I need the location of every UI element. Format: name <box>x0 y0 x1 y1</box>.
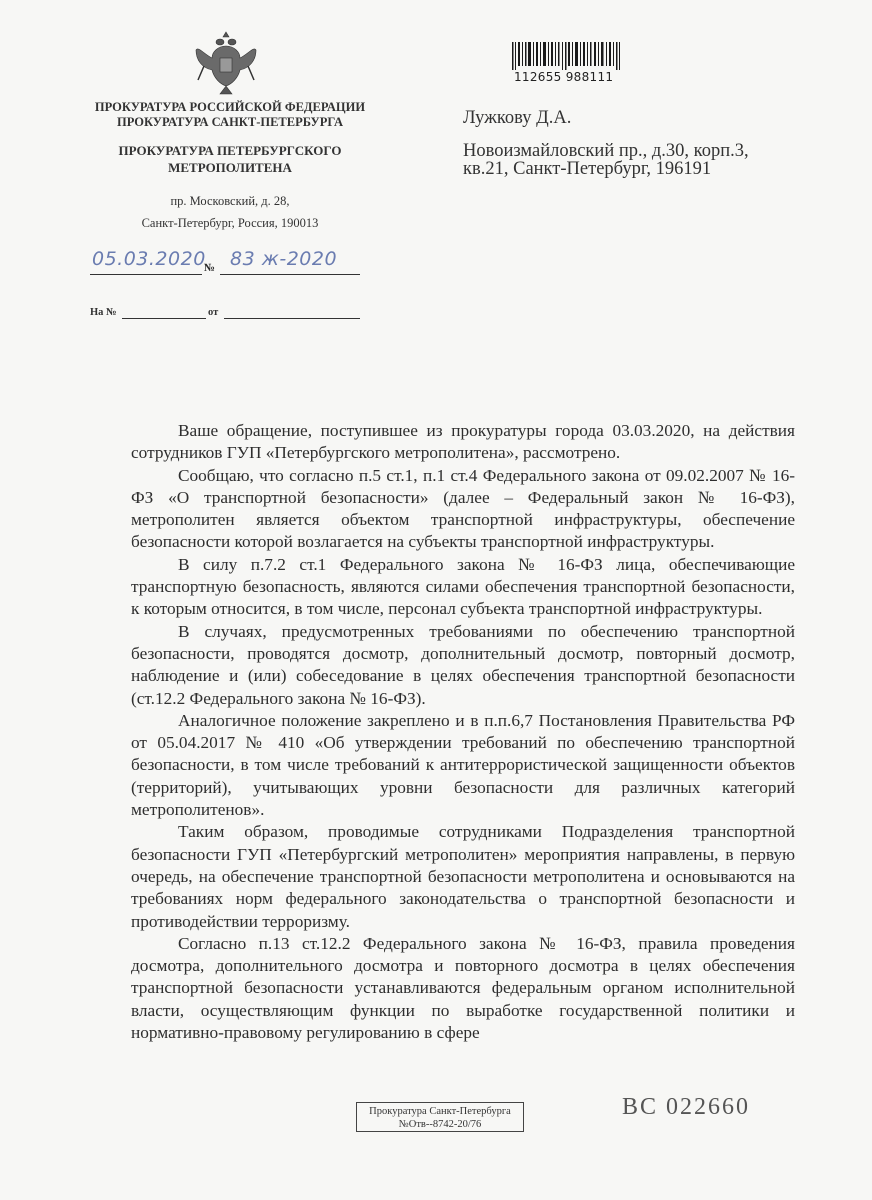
form-serial-number: ВС 022660 <box>622 1094 750 1121</box>
paragraph: В случаях, предусмотренных требованиями … <box>131 621 795 710</box>
coat-of-arms-icon <box>190 28 262 98</box>
org-name-line-3a: ПРОКУРАТУРА ПЕТЕРБУРГСКОГО <box>80 142 380 159</box>
stamp-line-1: Прокуратура Санкт-Петербурга <box>357 1105 523 1118</box>
org-name-line-3b: МЕТРОПОЛИТЕНА <box>80 159 380 176</box>
paragraph: Сообщаю, что согласно п.5 ст.1, п.1 ст.4… <box>131 465 795 554</box>
ref-number-label: На № <box>90 307 117 318</box>
number-label: № <box>204 262 215 274</box>
org-name-line-2: ПРОКУРАТУРА САНКТ-ПЕТЕРБУРГА <box>80 115 380 130</box>
recipient-name: Лужкову Д.А. <box>463 108 571 128</box>
barcode-icon <box>512 42 622 68</box>
number-underline <box>220 274 360 275</box>
handwritten-number: 83 ж-2020 <box>230 248 337 270</box>
handwritten-date: 05.03.2020 <box>92 248 206 270</box>
ref-number-underline <box>122 318 206 319</box>
paragraph: Таким образом, проводимые сотрудниками П… <box>131 821 795 932</box>
stamp-line-2: №Отв--8742-20/76 <box>357 1118 523 1131</box>
org-name-line-1: ПРОКУРАТУРА РОССИЙСКОЙ ФЕДЕРАЦИИ <box>80 100 380 115</box>
registration-line: 05.03.2020 № 83 ж-2020 <box>90 248 360 278</box>
ref-from-label: от <box>208 307 218 318</box>
barcode-number: 112655 988111 <box>514 70 613 84</box>
letter-body: Ваше обращение, поступившее из прокурату… <box>131 420 795 1044</box>
sender-address-line-1: пр. Московский, д. 28, <box>80 190 380 212</box>
recipient-address-line-2: кв.21, Санкт-Петербург, 196191 <box>463 159 711 179</box>
sender-address-line-2: Санкт-Петербург, Россия, 190013 <box>80 212 380 234</box>
reference-line: На № от <box>90 305 360 323</box>
recipient-address-line-1: Новоизмайловский пр., д.30, корп.3, <box>463 141 749 161</box>
registration-stamp: Прокуратура Санкт-Петербурга №Отв--8742-… <box>356 1102 524 1132</box>
paragraph: В силу п.7.2 ст.1 Федерального закона № … <box>131 554 795 621</box>
paragraph: Аналогичное положение закреплено и в п.п… <box>131 710 795 821</box>
sender-address: пр. Московский, д. 28, Санкт-Петербург, … <box>80 190 380 234</box>
org-name-line-3: ПРОКУРАТУРА ПЕТЕРБУРГСКОГО МЕТРОПОЛИТЕНА <box>80 142 380 176</box>
paragraph: Ваше обращение, поступившее из прокурату… <box>131 420 795 465</box>
paragraph: Согласно п.13 ст.12.2 Федерального закон… <box>131 933 795 1044</box>
date-underline <box>90 274 202 275</box>
ref-from-underline <box>224 318 360 319</box>
